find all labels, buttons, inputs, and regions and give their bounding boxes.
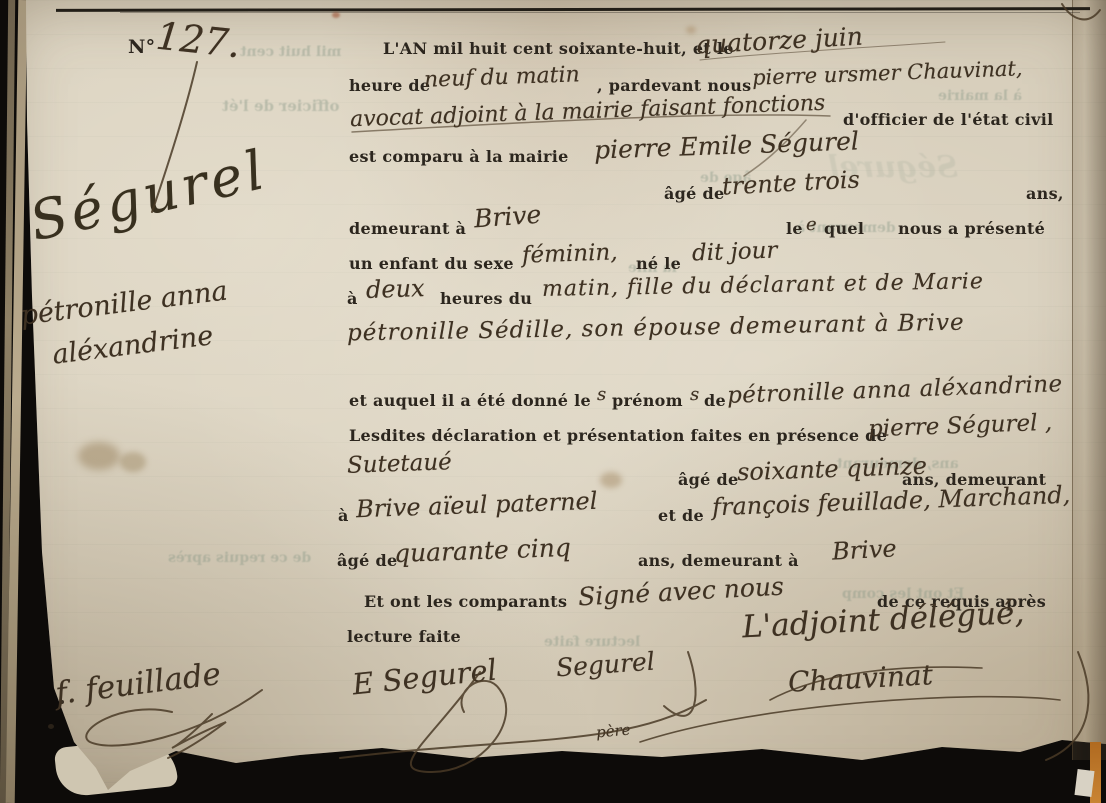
act-givennames-printed-3: de (704, 391, 726, 410)
bleedthrough-text: mil huit cent (240, 44, 341, 60)
page-fore-edge (1072, 0, 1106, 760)
bleedthrough-text: de ce requis après (168, 550, 311, 566)
signature-pere-note: père (595, 721, 631, 742)
act-residence-printed: demeurant à (349, 219, 466, 238)
bleedthrough-text: à la mairie (938, 88, 1022, 104)
act-age-years-printed: ans, (1026, 184, 1064, 203)
act-signed-intro-printed: Et ont les comparants (364, 592, 567, 611)
act-hours-of-printed: heures du (440, 289, 532, 308)
act-hour-printed: heure de (349, 76, 430, 95)
act-reading-printed: lecture faite (347, 627, 461, 646)
act-witness2-age-printed: âgé de (337, 551, 397, 570)
bleedthrough-text: officier de l'ét (222, 97, 340, 115)
act-birth-hour-handwritten: deux (366, 274, 426, 304)
act-plural-s-handwritten-1: s (597, 384, 606, 405)
act-residence-handwritten: Brive (473, 200, 542, 234)
act-witness2-residence-printed: ans, demeurant à (638, 551, 799, 570)
act-witness1-at-printed: à (338, 506, 349, 525)
act-witness1-occupation-handwritten: Sutetaué (347, 449, 453, 479)
next-page-white-edge (1074, 769, 1094, 797)
act-witness2-age-handwritten: quarante cinq (394, 533, 572, 568)
act-lequel-printed-1: le (786, 219, 803, 238)
act-born-printed: né le (636, 254, 681, 273)
act-age-printed: âgé de (664, 184, 724, 203)
act-givennames-printed-1: et auquel il a été donné le (349, 391, 591, 410)
register-scan: officier de l'ét âge de demeurant à la f… (0, 0, 1106, 803)
act-witness-intro-printed: Lesdites déclaration et présentation fai… (349, 426, 887, 445)
act-plural-s-handwritten-2: s (690, 384, 699, 405)
ink-stain (78, 442, 120, 470)
ink-stain (120, 452, 146, 472)
act-givennames-printed-2: prénom (612, 391, 683, 410)
record-number-label: N° (128, 36, 155, 58)
record-number: 127. (154, 14, 243, 67)
act-child-sex-handwritten: féminin, (522, 239, 618, 268)
act-year-printed: L'AN mil huit cent soixante-huit, et le (383, 39, 734, 58)
act-appeared-printed: est comparu à la mairie (349, 147, 569, 166)
act-child-sex-printed: un enfant du sexe (349, 254, 514, 273)
act-lequel-printed-2: quel (824, 219, 864, 238)
act-presented-printed: nous a présenté (898, 219, 1045, 238)
act-officer-title-printed: d'officier de l'état civil (843, 110, 1054, 129)
top-rule-shadow (120, 12, 1080, 13)
act-lequel-insert-handwritten: e (806, 214, 817, 235)
act-witness2-residence-handwritten: Brive (831, 534, 897, 565)
act-officer-printed: , pardevant nous (597, 76, 752, 95)
act-born-day-handwritten: dit jour (692, 238, 778, 267)
act-at-printed: à (347, 289, 358, 308)
ink-stain (332, 12, 340, 18)
ink-stain (600, 472, 622, 488)
act-witness1-age-printed: âgé de (678, 470, 738, 489)
act-witness2-intro-printed: et de (658, 506, 704, 525)
ink-dot (48, 724, 54, 729)
